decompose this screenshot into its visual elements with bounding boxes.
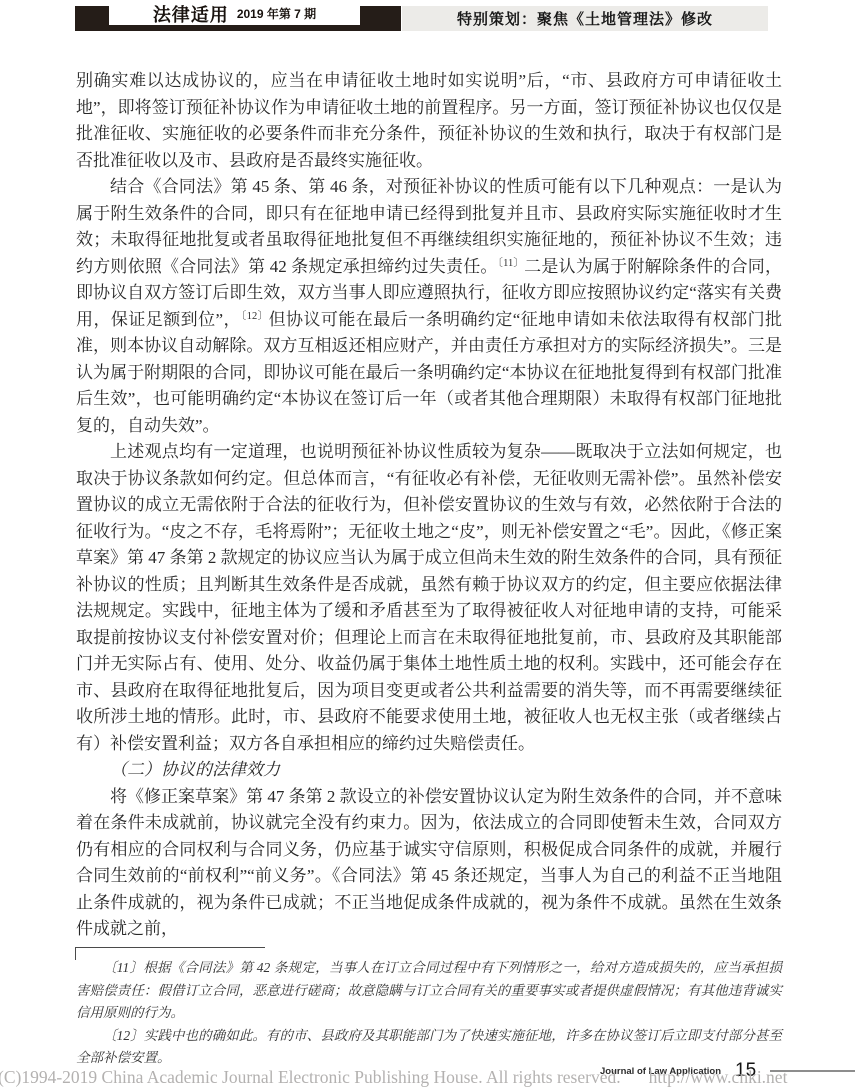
copyright-text: (C)1994-2019 China Academic Journal Elec… (0, 1067, 621, 1087)
footnote-ref-12: 〔12〕 (241, 311, 269, 322)
paragraph-continuation: 别确实难以达成协议的，应当在申请征收土地时如实说明”后，“市、县政府方可申请征收… (76, 68, 782, 174)
copyright-watermark: (C)1994-2019 China Academic Journal Elec… (0, 1067, 798, 1088)
article-body: 别确实难以达成协议的，应当在申请征收土地时如实说明”后，“市、县政府方可申请征收… (76, 68, 782, 943)
journal-masthead-bar: 法律适用 2019 年第 7 期 (75, 6, 401, 31)
journal-issue: 2019 年第 7 期 (237, 5, 316, 22)
footnote-ref-11: 〔11〕 (498, 258, 524, 269)
subsection-heading: （二）协议的法律效力 (76, 757, 782, 784)
journal-title-box: 法律适用 2019 年第 7 期 (109, 2, 360, 25)
paragraph: 将《修正案草案》第 47 条第 2 款设立的补偿安置协议认定为附生效条件的合同，… (76, 784, 782, 943)
paragraph: 结合《合同法》第 45 条、第 46 条，对预征补协议的性质可能有以下几种观点：… (76, 174, 782, 439)
section-label: 特别策划：聚焦《土地管理法》修改 (457, 8, 713, 29)
journal-title: 法律适用 (153, 1, 229, 27)
footnotes-block: 〔11〕根据《合同法》第 42 条规定，当事人在订立合同过程中有下列情形之一，给… (76, 957, 782, 1070)
cnki-url: http://www.cnki.net (649, 1067, 788, 1087)
section-banner: 特别策划：聚焦《土地管理法》修改 (402, 6, 768, 31)
paragraph: 上述观点均有一定道理，也说明预征补协议性质较为复杂——既取决于立法如何规定，也取… (76, 439, 782, 757)
footnote-11: 〔11〕根据《合同法》第 42 条规定，当事人在订立合同过程中有下列情形之一，给… (76, 957, 782, 1025)
journal-page: 法律适用 2019 年第 7 期 特别策划：聚焦《土地管理法》修改 别确实难以达… (0, 0, 855, 1092)
